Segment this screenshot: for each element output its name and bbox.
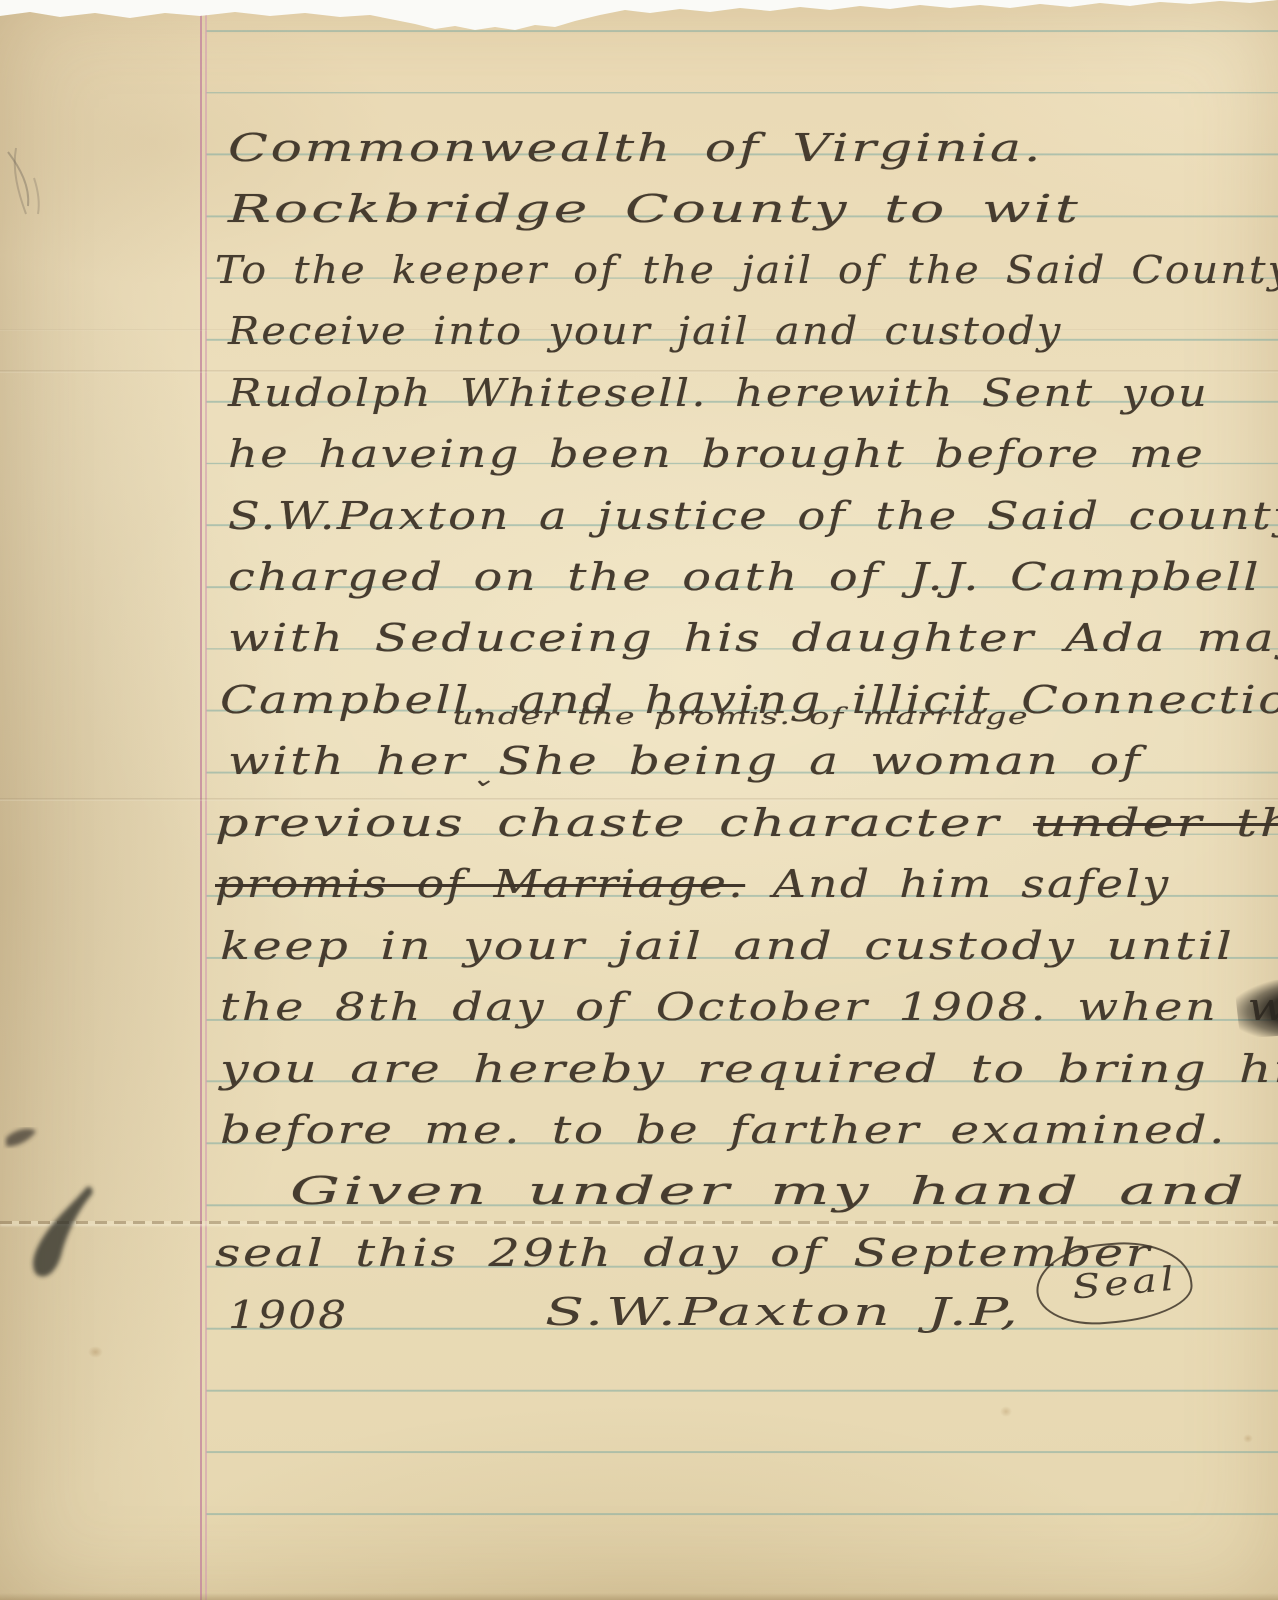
handwritten-line: before me. to be farther examined. <box>220 1108 1007 1152</box>
line-text: promis of Marriage. And him safely <box>215 862 1170 906</box>
line-text: seal this 29th day of September <box>215 1231 1152 1275</box>
handwritten-line: you are hereby required to bring him <box>220 1047 1065 1091</box>
scribbled-out-word: when <box>1247 985 1278 1029</box>
insertion-text: under the promis. of marriage <box>452 704 1029 730</box>
handwritten-line: Rudolph Whitesell. herewith Sent you <box>228 371 1067 415</box>
handwritten-line: previous chaste character under the <box>215 801 1023 845</box>
line-text: charged on the oath of J.J. Campbell <box>228 555 1261 599</box>
line-text: with her⌄She being a woman of <box>228 739 1142 792</box>
line-text: before me. to be farther examined. <box>220 1108 1227 1152</box>
line-text: Given under my hand and <box>290 1169 1247 1213</box>
line-text: with Seduceing his daughter Ada may <box>228 616 1278 660</box>
year-text: 1908 <box>228 1293 348 1337</box>
caret-insertion-mark: ⌄ <box>471 767 495 792</box>
handwritten-line: keep in your jail and custody until <box>220 924 1000 968</box>
handwritten-line: Rockbridge County to wit <box>228 187 797 231</box>
line-text-segment: And him safely <box>745 862 1170 906</box>
line-text: previous chaste character under the <box>215 801 1278 845</box>
inserted-text-line: under the promis. of marriage <box>452 704 850 730</box>
strikethrough-text: under the <box>1033 801 1278 845</box>
handwritten-line: To the keeper of the jail of the Said Co… <box>215 248 1213 292</box>
handwritten-line: with Seduceing his daughter Ada may <box>228 616 1077 660</box>
handwritten-line: he haveing been brought before me <box>228 432 1029 476</box>
signature: S.W.Paxton J.P, <box>545 1290 862 1334</box>
handwritten-line: charged on the oath of J.J. Campbell <box>228 555 1048 599</box>
line-text: keep in your jail and custody until <box>220 924 1234 968</box>
line-text-segment: previous chaste character <box>215 801 1033 845</box>
handwritten-line: S.W.Paxton a justice of the Said county <box>228 494 1108 538</box>
handwritten-line: Given under my hand and <box>290 1169 870 1213</box>
handwritten-line: seal this 29th day of September <box>215 1231 936 1275</box>
handwritten-line: promis of Marriage. And him safely <box>215 862 1011 906</box>
line-text-segment: with her <box>228 739 467 783</box>
strikethrough-text: promis of Marriage. <box>215 862 745 906</box>
handwritten-line: with her⌄She being a woman of <box>228 739 942 792</box>
handwritten-line: 1908 <box>228 1293 333 1337</box>
line-text: Receive into your jail and custody <box>228 309 1062 353</box>
line-text: S.W.Paxton a justice of the Said county <box>228 494 1278 538</box>
line-text: Commonwealth of Virginia. <box>228 126 1043 170</box>
line-text: you are hereby required to bring him <box>220 1047 1278 1091</box>
handwritten-line: the 8th day of October 1908. when when <box>220 985 1147 1029</box>
line-text-segment: She being a woman of <box>498 739 1142 783</box>
line-text-segment: the 8th day of October 1908. when <box>220 985 1247 1029</box>
line-text: Rudolph Whitesell. herewith Sent you <box>228 371 1209 415</box>
line-text: he haveing been brought before me <box>228 432 1205 476</box>
line-text: To the keeper of the jail of the Said Co… <box>215 248 1278 292</box>
handwritten-line: Commonwealth of Virginia. <box>228 126 823 170</box>
line-text: the 8th day of October 1908. when when <box>220 985 1278 1029</box>
seal-text: Seal <box>1070 1258 1178 1306</box>
handwritten-letter: Commonwealth of Virginia. Rockbridge Cou… <box>0 0 1278 1600</box>
handwritten-line: Receive into your jail and custody <box>228 309 994 353</box>
line-text: Rockbridge County to wit <box>228 187 1081 231</box>
